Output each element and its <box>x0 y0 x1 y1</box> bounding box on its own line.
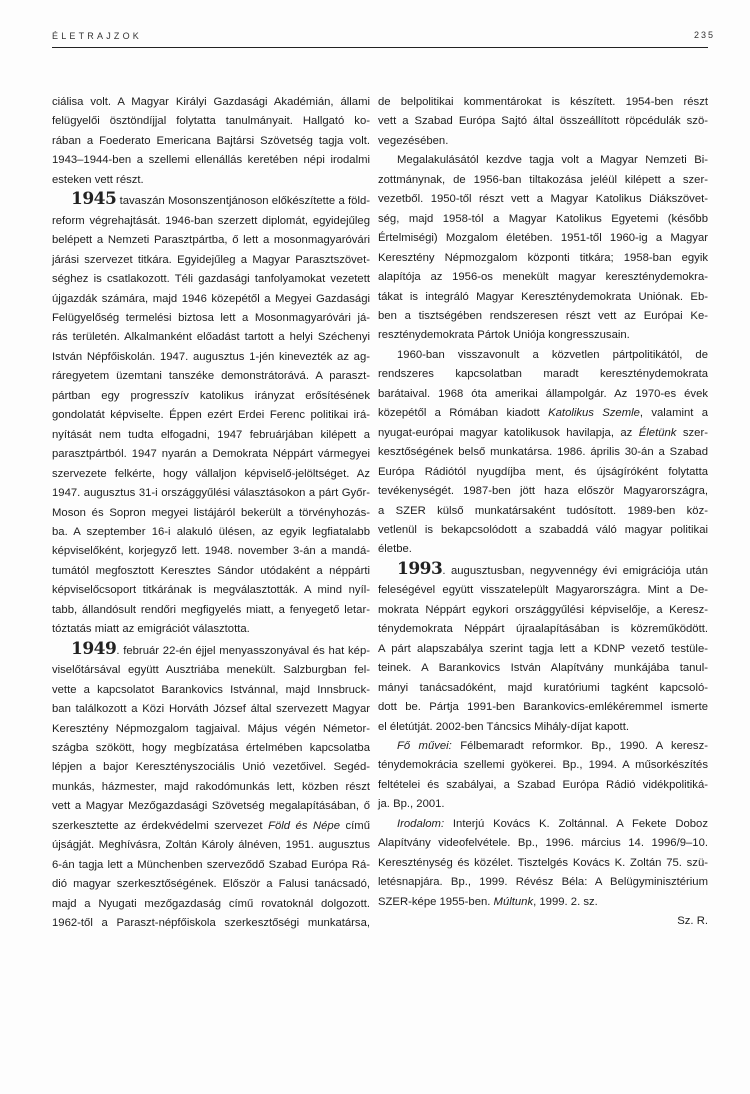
year-heading: 1945 <box>71 189 116 209</box>
text-line: rendszeres kapcsolatban maradt keresztén… <box>378 365 708 384</box>
text-run: , 1999. 2. sz. <box>533 896 598 908</box>
text-line: újságját. Meghívásra, Zoltán Károly álné… <box>52 836 370 855</box>
text-line: újgazdák számára, majd 1946 közepétől a … <box>52 290 370 309</box>
text-line: Megalakulásától kezdve tagja volt a Magy… <box>378 151 708 170</box>
text-line: dott be. Pártja 1991-ben Barankovics-eml… <box>378 698 708 717</box>
text-line: teinek. A Barankovics István Alapítvány … <box>378 659 708 678</box>
text-line: Keresztény Népmozgalom központi titkára;… <box>378 249 708 268</box>
text-line: rában a Foederato Emericana Bajtársi Szö… <box>52 132 370 151</box>
text-line: ba. A szeptember 16-i alakuló ülésen, az… <box>52 523 370 542</box>
text-line: vette a kapcsolatot Barankovics Istvánna… <box>52 681 370 700</box>
title-italic: Katolikus Szemle <box>548 407 640 419</box>
text-line: ciálisa volt. A Magyar Királyi Gazdasági… <box>52 93 370 112</box>
text-line: tevékenységét. 1987-ben jött haza előszö… <box>378 482 708 501</box>
text-line: ja. Bp., 2001. <box>378 795 708 814</box>
text-line: letésnapjára. Bp., 1999. Révész Béla: A … <box>378 873 708 892</box>
signature-paragraph: Sz. R. <box>378 912 708 931</box>
text-line: Fő művei: Félbemaradt reformkor. Bp., 19… <box>378 737 708 756</box>
text-run: Félbemaradt reformkor. Bp., 1990. A kere… <box>452 740 708 752</box>
text-line: viselőtársával együtt Ausztriába menekül… <box>52 661 370 680</box>
text-line: nyítását nem tudta elfogadni, 1947 febru… <box>52 426 370 445</box>
text-line: mányi tanácsadóként, majd kuratóriumi ta… <box>378 679 708 698</box>
text-line: 1943–1944-ben a szellemi ellenállás kere… <box>52 151 370 170</box>
text-line: mokrata Néppárt egykori országgyűlési ké… <box>378 601 708 620</box>
text-run: Interjú Kovács K. Zoltánnal. A Fekete Do… <box>444 818 708 830</box>
text-line: el életútját. 2002-ben Táncsics Mihály-d… <box>378 718 708 737</box>
text-line: Moson és Sopron megyei listájáról bekerü… <box>52 504 370 523</box>
title-italic: Életünk <box>639 427 677 439</box>
text-line: alapítója az 1956-os menekült magyar ker… <box>378 268 708 287</box>
works-paragraph: Fő művei: Félbemaradt reformkor. Bp., 19… <box>378 737 708 815</box>
text-line: gondolatát képviselte. Éppen ezért Erdei… <box>52 406 370 425</box>
paragraph: ciálisa volt. A Magyar Királyi Gazdasági… <box>52 93 370 190</box>
text-line: járási szervezet titkára. Egyidejűleg a … <box>52 251 370 270</box>
author-signature: Sz. R. <box>378 912 708 931</box>
text-line: ténydemokrácia szellemi gyökerei. Bp., 1… <box>378 756 708 775</box>
text-line: Alapítvány videofelvétele. Bp., 1996. má… <box>378 834 708 853</box>
text-line: nyugat-európai magyar katolikusok havila… <box>378 424 708 443</box>
text-line: képviselőcsoport titkárának is megválasz… <box>52 581 370 600</box>
year-heading: 1993 <box>397 559 442 579</box>
paragraph: Megalakulásától kezdve tagja volt a Magy… <box>378 151 708 346</box>
text-line: belépett a Nemzeti Parasztpártba, ő lett… <box>52 231 370 250</box>
text-line: de belpolitikai kommentárokat is készíte… <box>378 93 708 112</box>
text-run: SZER-képe 1955-ben. <box>378 896 494 908</box>
text-run: tavaszán Mosonszentjánoson előkészítette… <box>116 195 370 207</box>
text-line: reszténydemokrata Pártok Uniója kongress… <box>378 326 708 345</box>
text-line: feltételei és szabályai, a Szabad Európa… <box>378 776 708 795</box>
text-line: vetlenül is bekapcsolódott a szabaddá vá… <box>378 521 708 540</box>
title-italic: Múltunk <box>494 896 534 908</box>
text-line: pártban egy progresszív katolikus irányz… <box>52 387 370 406</box>
text-line: munkás, házmester, majd rakodómunkás let… <box>52 778 370 797</box>
paragraph: 1960-ban visszavonult a közvetlen pártpo… <box>378 346 708 560</box>
text-line: ráregyetem üzemtani tanszéke demonstráto… <box>52 367 370 386</box>
text-line: tumától megfosztott Keresztes Sándor utó… <box>52 562 370 581</box>
text-line: vezetből. 1950-től részt vett a Magyar K… <box>378 190 708 209</box>
text-line: életbe. <box>378 540 708 559</box>
text-line: felügyelői ösztöndíjjal folytatta tanulm… <box>52 112 370 131</box>
text-line: közepétől a Rómában kiadott Katolikus Sz… <box>378 404 708 423</box>
text-run: közepétől a Rómában kiadott <box>378 407 548 419</box>
text-line: 1960-ban visszavonult a közvetlen pártpo… <box>378 346 708 365</box>
text-line: tákat is integráló Magyar Kereszténydemo… <box>378 288 708 307</box>
text-line: ség, majd 1958-tól a Magyar Katolikus Eg… <box>378 210 708 229</box>
works-label: Fő művei: <box>397 740 452 752</box>
text-line: dió magyar szerkesztőségének. Először a … <box>52 875 370 894</box>
literature-label: Irodalom: <box>397 818 444 830</box>
text-run: szerkesztette az érdekvédelmi szervezet <box>52 820 268 832</box>
text-line: 1993. augusztusban, negyvennégy évi emig… <box>378 560 708 581</box>
text-line: SZER-képe 1955-ben. Múltunk, 1999. 2. sz… <box>378 893 708 912</box>
text-line: lépjen a bajor Keresztényszociális Unió … <box>52 758 370 777</box>
header-rule <box>52 47 708 48</box>
year-heading: 1949 <box>71 639 116 659</box>
text-line: tabb, állandósult rendőri megfigyelés mi… <box>52 601 370 620</box>
text-line: vett a Szabad Európa Sajtó által összeál… <box>378 112 708 131</box>
text-line: feleségével együtt visszatelepült Magyar… <box>378 581 708 600</box>
text-line: barátaival. 1968 óta amerikai állampolgá… <box>378 385 708 404</box>
text-line: parasztpártból. 1947 nyarán a Demokrata … <box>52 445 370 464</box>
paragraph-1949: 1949. február 22-én éjjel menyasszonyáva… <box>52 640 370 934</box>
running-head: ÉLETRAJZOK <box>52 31 142 41</box>
text-line: Értelmiségi) Mozgalom életében. 1951-től… <box>378 229 708 248</box>
text-run: szer- <box>676 427 708 439</box>
page-number: 235 <box>694 30 715 40</box>
text-run: nyugat-európai magyar katolikusok havila… <box>378 427 639 439</box>
text-line: 6-án tagja lett a Münchenben szerveződő … <box>52 856 370 875</box>
text-line: reform végrehajtását. 1946-ban szerzett … <box>52 212 370 231</box>
text-line: majd a Nyugati mezőgazdaság című rovatok… <box>52 895 370 914</box>
literature-paragraph: Irodalom: Interjú Kovács K. Zoltánnal. A… <box>378 815 708 912</box>
text-line: István Népfőiskolán. 1947. augusztus 1-j… <box>52 348 370 367</box>
title-italic: Föld és Népe <box>268 820 340 832</box>
text-line: Keresztény Népmozgalom tagjaival. Május … <box>52 720 370 739</box>
paragraph: de belpolitikai kommentárokat is készíte… <box>378 93 708 151</box>
text-line: szerkesztette az érdekvédelmi szervezet … <box>52 817 370 836</box>
text-line: tóztatás miatt az emigrációt választotta… <box>52 620 370 639</box>
text-line: zottmánynak, de 1956-ban tiltakozása jel… <box>378 171 708 190</box>
text-line: séghez is csatlakozott. Téli gazdasági t… <box>52 270 370 289</box>
text-line: 1947. augusztus 31-i országgyűlési válas… <box>52 484 370 503</box>
text-line: ben a tisztségében rendszeresen részt ve… <box>378 307 708 326</box>
text-line: ténydemokrata Néppárt újraalapításában i… <box>378 620 708 639</box>
text-line: vett a Magyar Mezőgazdasági Szövetség me… <box>52 797 370 816</box>
text-line: esteken vett részt. <box>52 171 370 190</box>
text-line: szervezete felkérte, hogy vállaljon képv… <box>52 465 370 484</box>
text-line: Kereszténység és közélet. Tisztelgés Kov… <box>378 854 708 873</box>
text-run: című <box>340 820 370 832</box>
text-line: a SZER külső munkatársaként tudósított. … <box>378 502 708 521</box>
paragraph-1945: 1945 tavaszán Mosonszentjánoson előkészí… <box>52 190 370 639</box>
text-line: 1949. február 22-én éjjel menyasszonyáva… <box>52 640 370 661</box>
left-column: ciálisa volt. A Magyar Királyi Gazdasági… <box>52 93 370 933</box>
paragraph-1993: 1993. augusztusban, negyvennégy évi emig… <box>378 560 708 737</box>
text-line: Európa Rádiótól nyugdíjba ment, és újság… <box>378 463 708 482</box>
text-line: képviselőként, korjegyző lett. 1948. nov… <box>52 542 370 561</box>
text-line: ban találkozott a Közi Horváth József ál… <box>52 700 370 719</box>
text-run: . február 22-én éjjel menyasszonyával és… <box>116 645 370 657</box>
text-line: 1945 tavaszán Mosonszentjánoson előkészí… <box>52 190 370 211</box>
text-line: A párt alapszabálya szerint tagja lett a… <box>378 640 708 659</box>
right-column: de belpolitikai kommentárokat is készíte… <box>378 93 708 931</box>
text-line: Irodalom: Interjú Kovács K. Zoltánnal. A… <box>378 815 708 834</box>
text-run: , valamint a <box>640 407 708 419</box>
text-line: kesztőségének belső munkatársa. 1986. áp… <box>378 443 708 462</box>
text-line: vegezésében. <box>378 132 708 151</box>
text-line: rás területén. Alkalmanként előadást tar… <box>52 328 370 347</box>
text-line: Felügyelőség termelési biztosa lett a Mo… <box>52 309 370 328</box>
text-line: 1962-től a Paraszt-népfőiskola szerkeszt… <box>52 914 370 933</box>
text-run: . augusztusban, negyvennégy évi emigráci… <box>442 565 708 577</box>
text-line: szágba szökött, hogy megbízatása értelmé… <box>52 739 370 758</box>
